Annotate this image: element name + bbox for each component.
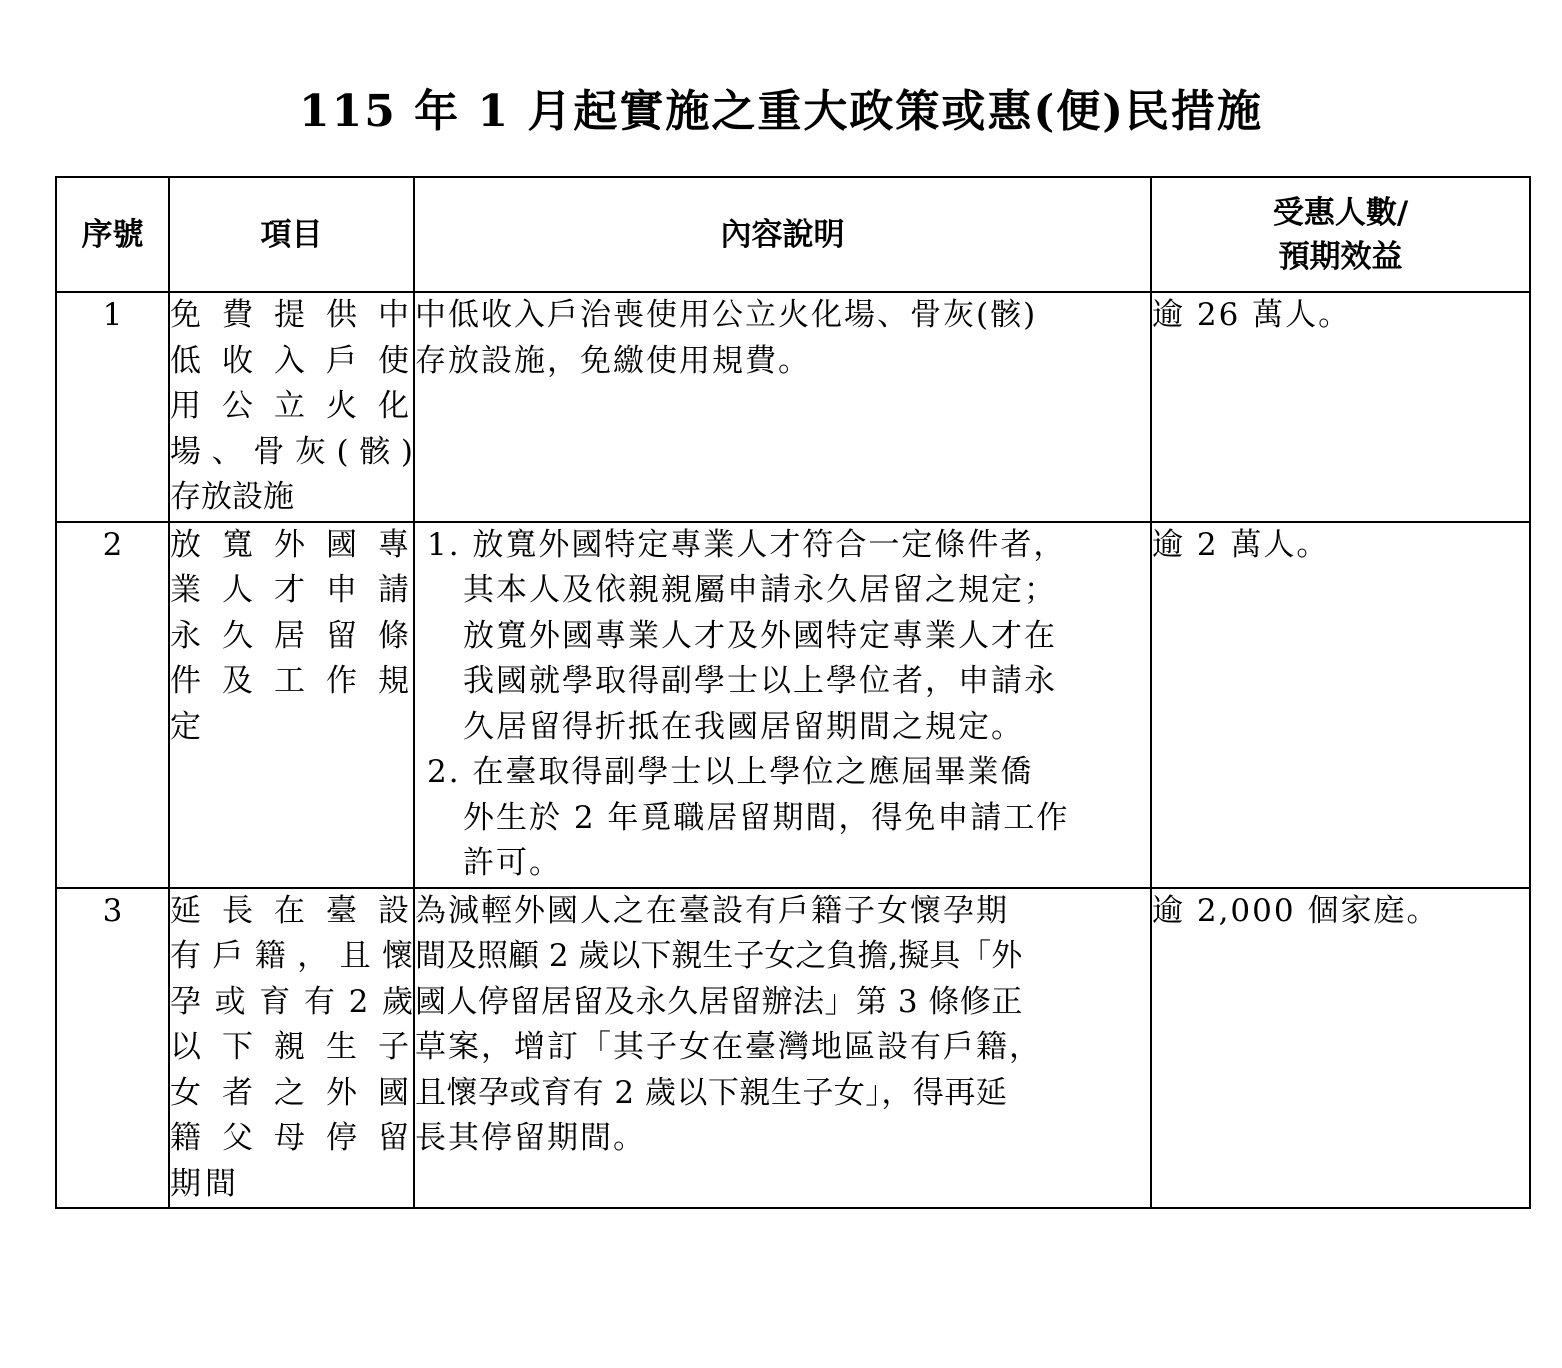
- description-line: 久居留得折抵在我國居留期間之規定。: [427, 705, 1150, 751]
- item-line: 免費提供中: [170, 293, 413, 339]
- cell-item: 放寬外國專 業人才申請 永久居留條 件及工作規 定: [169, 522, 414, 888]
- table-row: 2 放寬外國專 業人才申請 永久居留條 件及工作規 定 1. 放寬外國特定專業人…: [56, 522, 1530, 888]
- header-description-label: 內容說明: [415, 213, 1150, 257]
- item-line: 永久居留條: [170, 614, 413, 660]
- description-line: 長其停留期間。: [415, 1116, 1150, 1162]
- description-line: 我國就學取得副學士以上學位者，申請永: [427, 659, 1150, 705]
- table-row: 3 延長在臺設 有戶籍，且懷 孕或育有2歲 以下親生子 女者之外國 籍父母停留 …: [56, 888, 1530, 1209]
- header-no-label: 序號: [57, 213, 168, 257]
- description-line: 放寬外國專業人才及外國特定專業人才在: [427, 614, 1150, 660]
- item-line: 孕或育有2歲: [170, 980, 413, 1026]
- table-header-row: 序號 項目 內容說明 受惠人數/ 預期效益: [56, 177, 1530, 292]
- item-line: 延長在臺設: [170, 889, 413, 935]
- header-benefit: 受惠人數/ 預期效益: [1151, 177, 1530, 292]
- cell-no: 1: [56, 292, 169, 522]
- item-line: 有戶籍，且懷: [170, 934, 413, 980]
- item-line: 件及工作規: [170, 659, 413, 705]
- table-row: 1 免費提供中 低收入戶使 用公立火化 場、骨灰(骸) 存放設施 中低收入戶治喪…: [56, 292, 1530, 522]
- header-item-label: 項目: [170, 213, 413, 257]
- description-line: 且懷孕或育有 2 歲以下親生子女」，得再延: [415, 1071, 1150, 1117]
- cell-benefit: 逾 2,000 個家庭。: [1151, 888, 1530, 1209]
- cell-item: 免費提供中 低收入戶使 用公立火化 場、骨灰(骸) 存放設施: [169, 292, 414, 522]
- description-line: 間及照顧 2 歲以下親生子女之負擔,擬具「外: [415, 934, 1150, 980]
- cell-description: 中低收入戶治喪使用公立火化場、骨灰(骸) 存放設施，免繳使用規費。: [414, 292, 1151, 522]
- description-line: 草案，增訂「其子女在臺灣地區設有戶籍，: [415, 1025, 1150, 1071]
- page-title: 115 年 1 月起實施之重大政策或惠(便)民措施: [0, 84, 1562, 140]
- header-description: 內容說明: [414, 177, 1151, 292]
- cell-benefit: 逾 2 萬人。: [1151, 522, 1530, 888]
- item-line: 業人才申請: [170, 568, 413, 614]
- description-line: 1. 放寬外國特定專業人才符合一定條件者，: [427, 523, 1150, 569]
- item-line: 場、骨灰(骸): [170, 430, 413, 476]
- description-line: 2. 在臺取得副學士以上學位之應屆畢業僑: [427, 750, 1150, 796]
- cell-benefit: 逾 26 萬人。: [1151, 292, 1530, 522]
- description-line: 國人停留居留及永久居留辦法」第 3 條修正: [415, 980, 1150, 1026]
- cell-item: 延長在臺設 有戶籍，且懷 孕或育有2歲 以下親生子 女者之外國 籍父母停留 期間: [169, 888, 414, 1209]
- description-line: 中低收入戶治喪使用公立火化場、骨灰(骸): [415, 293, 1150, 339]
- item-line: 期間: [170, 1162, 413, 1208]
- item-line: 女者之外國: [170, 1071, 413, 1117]
- cell-description: 為減輕外國人之在臺設有戶籍子女懷孕期 間及照顧 2 歲以下親生子女之負擔,擬具「…: [414, 888, 1151, 1209]
- description-line: 其本人及依親親屬申請永久居留之規定；: [427, 568, 1150, 614]
- description-line: 為減輕外國人之在臺設有戶籍子女懷孕期: [415, 889, 1150, 935]
- item-line: 放寬外國專: [170, 523, 413, 569]
- cell-no: 3: [56, 888, 169, 1209]
- description-line: 存放設施，免繳使用規費。: [415, 339, 1150, 385]
- item-line: 籍父母停留: [170, 1116, 413, 1162]
- header-no: 序號: [56, 177, 169, 292]
- description-line: 許可。: [427, 841, 1150, 887]
- cell-no: 2: [56, 522, 169, 888]
- item-line: 定: [170, 705, 413, 751]
- item-line: 以下親生子: [170, 1025, 413, 1071]
- cell-description: 1. 放寬外國特定專業人才符合一定條件者， 其本人及依親親屬申請永久居留之規定；…: [414, 522, 1151, 888]
- header-item: 項目: [169, 177, 414, 292]
- item-line: 低收入戶使: [170, 339, 413, 385]
- policy-table: 序號 項目 內容說明 受惠人數/ 預期效益 1 免費提供中 低收入戶使 用公立火…: [55, 176, 1531, 1209]
- item-line: 存放設施: [170, 475, 413, 521]
- description-line: 外生於 2 年覓職居留期間，得免申請工作: [427, 796, 1150, 842]
- item-line: 用公立火化: [170, 384, 413, 430]
- header-benefit-label-2: 預期效益: [1152, 235, 1529, 279]
- header-benefit-label-1: 受惠人數/: [1152, 191, 1529, 235]
